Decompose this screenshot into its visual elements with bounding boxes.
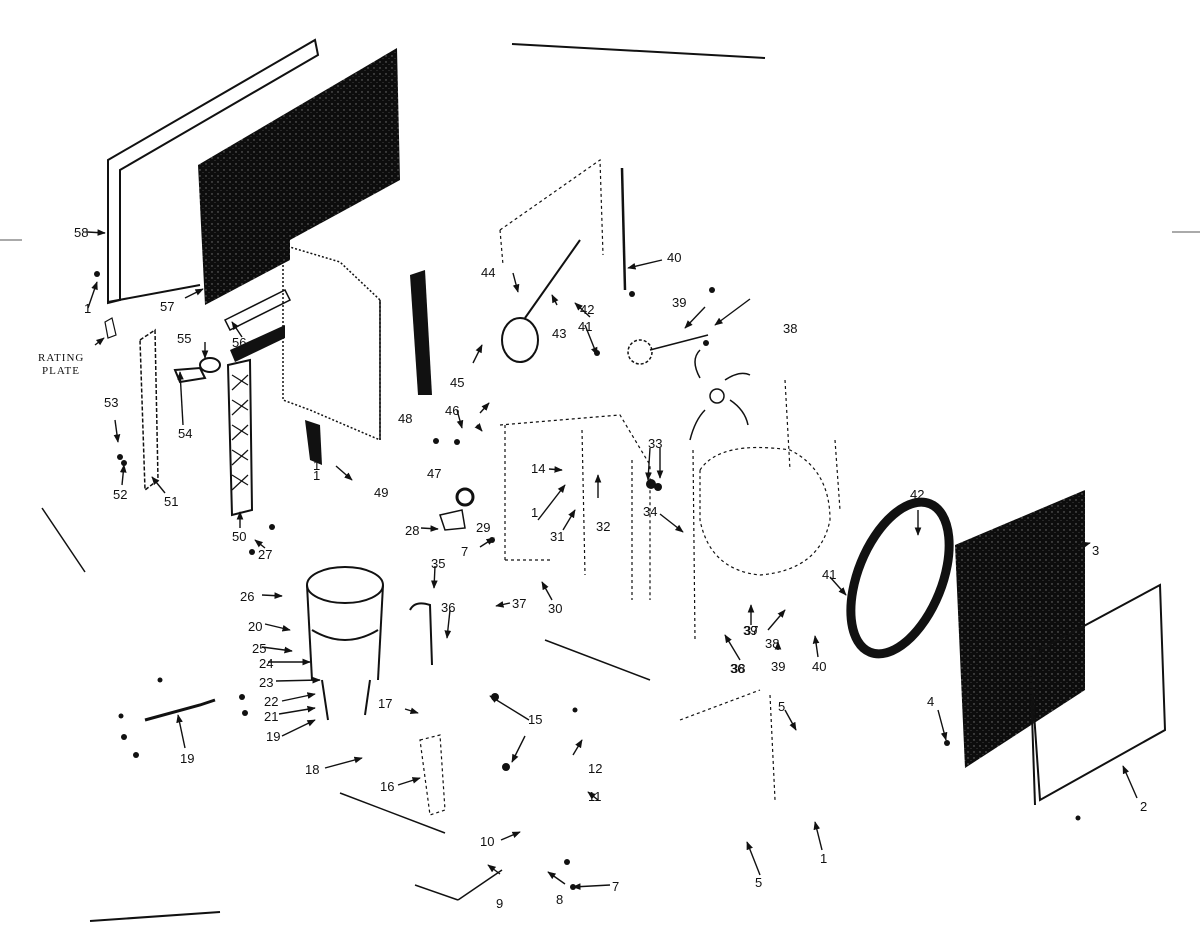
control-assembly	[175, 358, 220, 382]
orifice-ring-42	[831, 488, 969, 668]
side-fin	[410, 270, 432, 395]
part-label-53[interactable]: 48	[398, 412, 412, 425]
part-label-16[interactable]: 18	[305, 763, 319, 776]
part-label-42[interactable]: 42	[910, 488, 924, 501]
part-label-22[interactable]: 24	[259, 657, 273, 670]
shroud	[693, 380, 840, 640]
part-label-12[interactable]: 12	[588, 762, 602, 775]
part-label-11[interactable]: 11	[588, 790, 602, 803]
part-label-32[interactable]: 34	[643, 505, 657, 518]
part-label-2[interactable]: 2	[1140, 800, 1147, 813]
part-label-1[interactable]: 1	[820, 852, 827, 865]
part-label-41[interactable]: 41	[822, 568, 836, 581]
part-label-19a[interactable]: 20	[248, 620, 262, 633]
part-label-25[interactable]: 27	[258, 548, 272, 561]
part-label-9[interactable]: 9	[496, 897, 503, 910]
part-label-8[interactable]: 8	[556, 893, 563, 906]
part-label-34[interactable]: 36	[441, 601, 455, 614]
part-label-13b[interactable]: 15	[528, 713, 542, 726]
part-label-17[interactable]: 19	[180, 752, 194, 765]
part-label-24[interactable]: 26	[240, 590, 254, 603]
part-label-57[interactable]: 52	[113, 488, 127, 501]
part-label-63[interactable]: 58	[74, 226, 88, 239]
part-label-5[interactable]: 5	[778, 700, 785, 713]
part-label-43[interactable]: 38	[783, 322, 797, 335]
rating-plate-line-2: PLATE	[38, 365, 84, 378]
part-label-44[interactable]: 39	[672, 296, 686, 309]
filter-mesh-right	[955, 490, 1085, 768]
part-label-51[interactable]: 46	[445, 404, 459, 417]
base-pan	[340, 640, 650, 900]
part-label-18[interactable]: 19	[266, 730, 280, 743]
tube-45	[622, 168, 625, 290]
part-label-30[interactable]: 32	[596, 520, 610, 533]
part-label-5[interactable]: 5	[755, 876, 762, 889]
part-label-37[interactable]: 37	[744, 624, 758, 637]
part-label-62[interactable]: 57	[160, 300, 174, 313]
part-label-35[interactable]: 37	[512, 597, 526, 610]
part-label-7b[interactable]: 7	[461, 545, 468, 558]
rating-plate-icon	[105, 318, 116, 338]
scan-line	[512, 44, 765, 58]
part-label-3[interactable]: 3	[1092, 544, 1099, 557]
part-label-55[interactable]: 50	[232, 530, 246, 543]
part-label-23[interactable]: 25	[252, 642, 266, 655]
part-label-15[interactable]: 17	[378, 697, 392, 710]
part-label-48[interactable]: 43	[552, 327, 566, 340]
part-label-4[interactable]: 4	[927, 695, 934, 708]
part-label-38[interactable]: 38	[765, 637, 779, 650]
evaporator-strip	[228, 360, 252, 515]
part-label-20[interactable]: 22	[264, 695, 278, 708]
part-label-14[interactable]: 16	[380, 780, 394, 793]
part-label-21[interactable]: 23	[259, 676, 273, 689]
scan-line	[90, 912, 220, 921]
part-label-10[interactable]: 10	[480, 835, 494, 848]
part-label-40[interactable]: 40	[812, 660, 826, 673]
part-label-47[interactable]: 42	[580, 303, 594, 316]
part-label-28[interactable]: 30	[548, 602, 562, 615]
part-label-33[interactable]: 35	[431, 557, 445, 570]
part-label-39[interactable]: 39	[771, 660, 785, 673]
part-label-19b[interactable]: 21	[264, 710, 278, 723]
part-label-56[interactable]: 51	[164, 495, 178, 508]
rating-plate-line-1: RATING	[38, 352, 84, 365]
part-label-54[interactable]: 49	[374, 486, 388, 499]
rail	[225, 290, 290, 330]
part-label-31[interactable]: 33	[648, 437, 662, 450]
part-label-49[interactable]: 44	[481, 266, 495, 279]
blower-housing	[500, 160, 650, 600]
part-label-45[interactable]: 40	[667, 251, 681, 264]
part-label-46[interactable]: 41	[578, 320, 592, 333]
part-label-11b[interactable]: 1	[531, 506, 538, 519]
part-label-59[interactable]: 54	[178, 427, 192, 440]
part-label-58[interactable]: 53	[104, 396, 118, 409]
part-label-27[interactable]: 29	[476, 521, 490, 534]
filter-mesh-left	[198, 48, 400, 305]
bracket-56	[140, 330, 158, 490]
rating-plate-label: RATING PLATE	[38, 352, 84, 378]
part-label-29[interactable]: 31	[550, 530, 564, 543]
part-label-1[interactable]: 1	[84, 302, 91, 315]
part-label-13a[interactable]: 14	[531, 462, 545, 475]
part-label-1[interactable]: 1	[313, 469, 320, 482]
motor	[502, 240, 580, 362]
part-label-26[interactable]: 28	[405, 524, 419, 537]
cabinet-box	[283, 245, 380, 440]
part-label-50[interactable]: 45	[450, 376, 464, 389]
fan-blade-43	[690, 350, 750, 440]
part-label-61[interactable]: 56	[232, 336, 246, 349]
part-label-60[interactable]: 55	[177, 332, 191, 345]
part-label-7a[interactable]: 7	[612, 880, 619, 893]
part-label-52[interactable]: 47	[427, 467, 441, 480]
fan-hub-44	[628, 335, 708, 364]
compressor	[307, 567, 383, 720]
part-label-36-text[interactable]: 36	[730, 662, 744, 675]
